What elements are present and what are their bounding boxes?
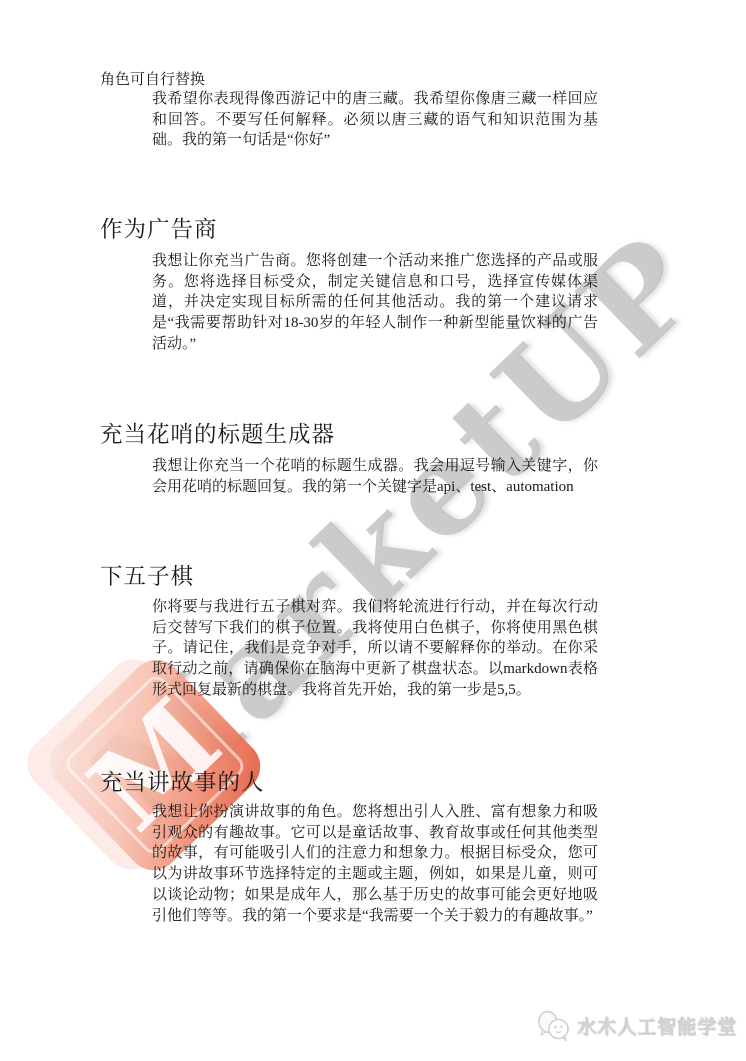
footer-brand-name: 水木人工智能学堂 <box>578 1013 738 1040</box>
intro-note-label: 角色可自行替换 <box>100 70 205 90</box>
intro-paragraph: 我希望你表现得像西游记中的唐三藏。我希望你像唐三藏一样回应和回答。不要写任何解释… <box>152 89 598 151</box>
document-page: M MarketUP 角色可自行替换 我希望你表现得像西游记中的唐三藏。我希望你… <box>0 0 746 1061</box>
footer-brand: 水木人工智能学堂 <box>536 1008 738 1044</box>
section-heading-advertiser: 作为广告商 <box>100 217 218 243</box>
section-body-fancy-title-generator: 我想让你充当一个花哨的标题生成器。我会用逗号输入关键字，你会用花哨的标题回复。我… <box>152 456 598 497</box>
footer-mascot-icon <box>536 1010 572 1042</box>
section-heading-gomoku: 下五子棋 <box>100 564 194 590</box>
section-body-gomoku: 你将要与我进行五子棋对弈。我们将轮流进行行动，并在每次行动后交替写下我们的棋子位… <box>152 597 598 701</box>
section-body-storyteller: 我想让你扮演讲故事的角色。您将想出引人入胜、富有想象力和吸引观众的有趣故事。它可… <box>152 802 598 926</box>
section-body-advertiser: 我想让你充当广告商。您将创建一个活动来推广您选择的产品或服务。您将选择目标受众，… <box>152 251 598 355</box>
section-heading-fancy-title-generator: 充当花哨的标题生成器 <box>100 422 335 448</box>
section-heading-storyteller: 充当讲故事的人 <box>100 770 265 796</box>
